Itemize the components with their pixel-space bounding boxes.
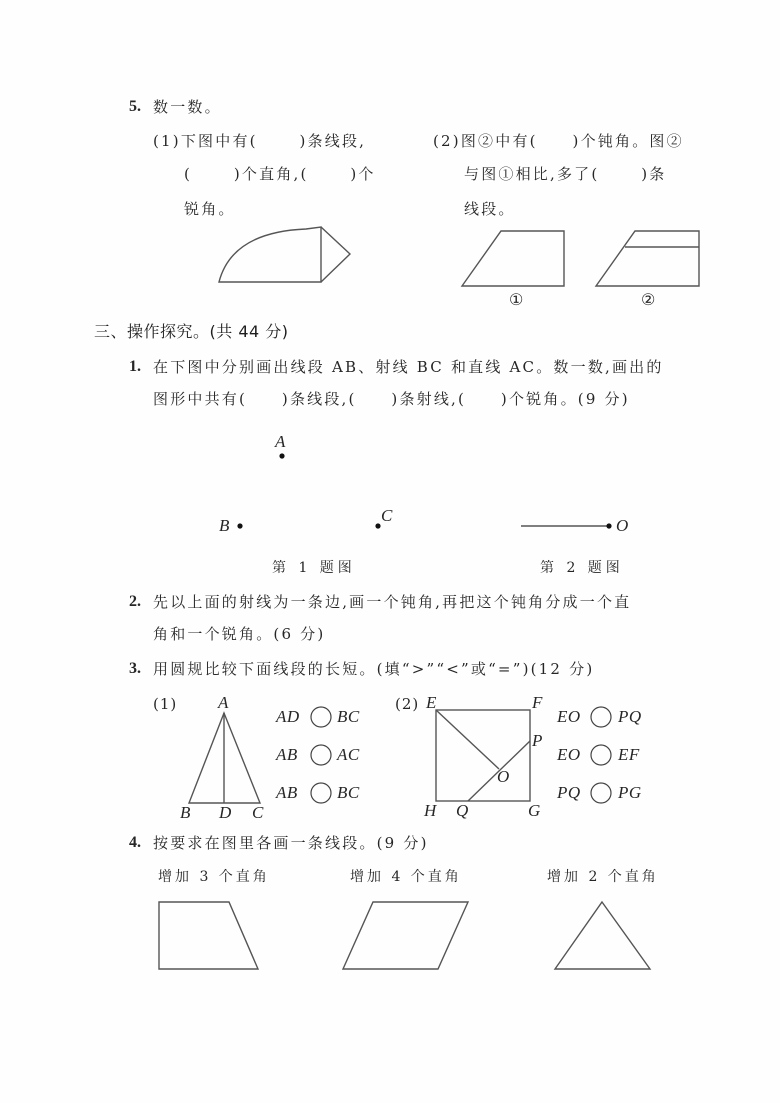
q4-trapezoid[interactable]: [159, 902, 258, 969]
q4-parallelogram[interactable]: [343, 902, 468, 969]
compare-circle-6[interactable]: [591, 783, 611, 803]
triangle-abc: [189, 713, 260, 803]
figures-layer: [0, 0, 780, 1103]
point-a-dot[interactable]: [279, 453, 284, 458]
q4-triangle[interactable]: [555, 902, 650, 969]
compare-circle-1[interactable]: [311, 707, 331, 727]
compare-circle-5[interactable]: [591, 745, 611, 765]
point-o-dot[interactable]: [606, 523, 611, 528]
point-c-dot[interactable]: [375, 523, 380, 528]
q5-curved-shape: [219, 227, 350, 282]
compare-circle-2[interactable]: [311, 745, 331, 765]
compare-circle-4[interactable]: [591, 707, 611, 727]
square-efgh: [436, 710, 530, 801]
q5-figure-2-trapezoid: [596, 231, 699, 286]
q5-figure-1-trapezoid: [462, 231, 564, 286]
compare-circle-3[interactable]: [311, 783, 331, 803]
point-b-dot[interactable]: [237, 523, 242, 528]
